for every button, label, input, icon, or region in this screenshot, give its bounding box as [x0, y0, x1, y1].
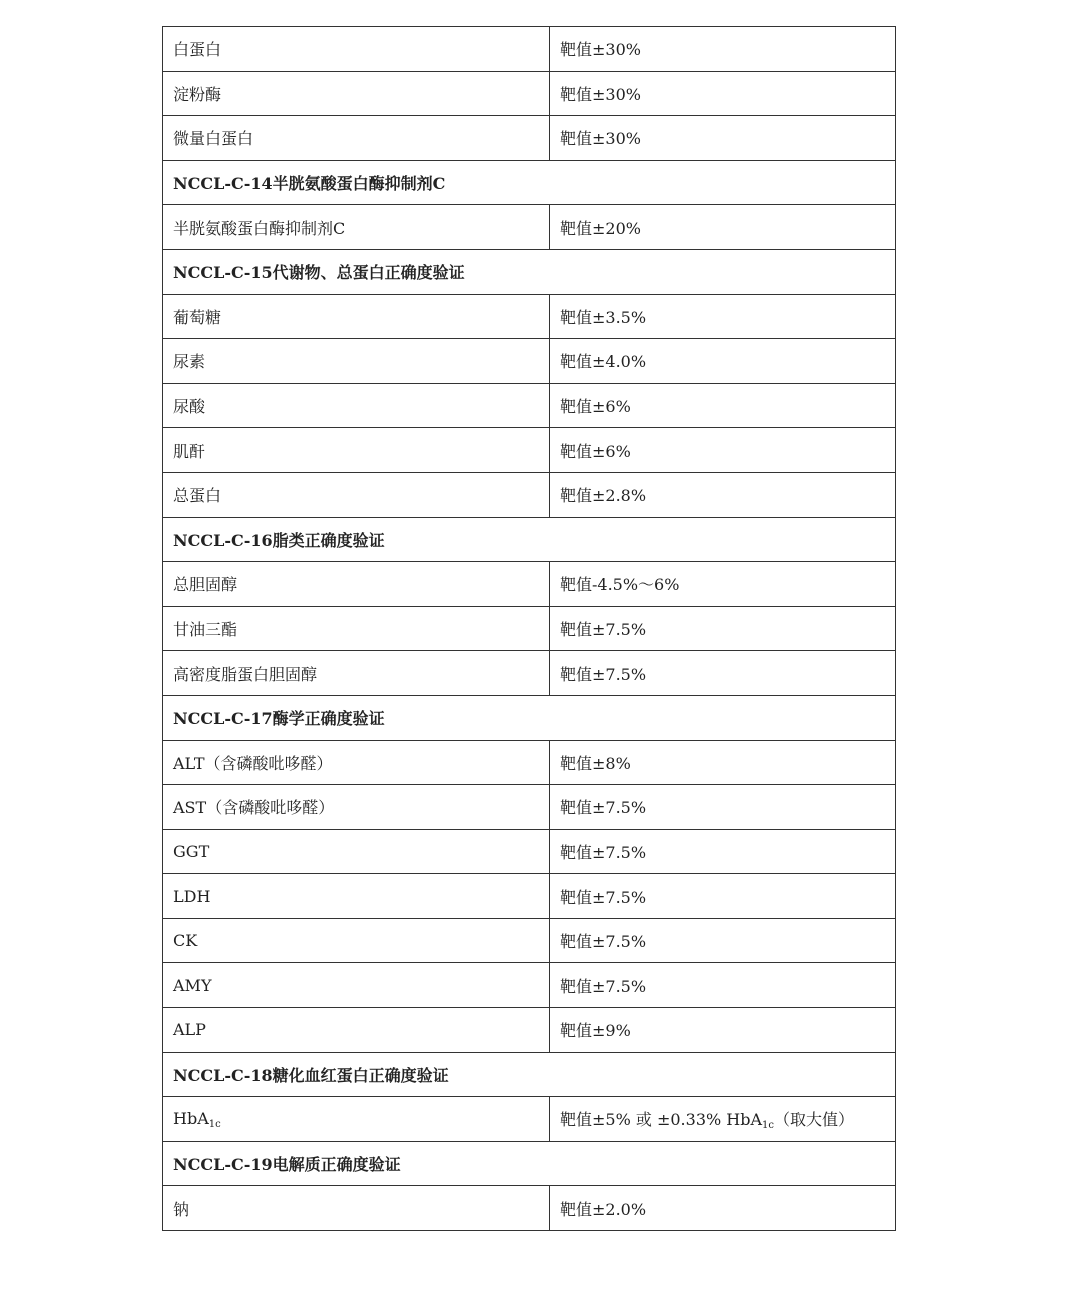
acceptance-criterion: 靶值±7.5%	[550, 963, 896, 1008]
acceptance-criterion: 靶值±6%	[550, 428, 896, 473]
section-row: NCCL-C-16脂类正确度验证	[163, 517, 896, 562]
section-title: NCCL-C-19电解质正确度验证	[163, 1141, 896, 1186]
table-row: 尿酸靶值±6%	[163, 383, 896, 428]
section-title: NCCL-C-16脂类正确度验证	[163, 517, 896, 562]
table-row: 总胆固醇靶值-4.5%～6%	[163, 562, 896, 607]
table-row: ALT（含磷酸吡哆醛）靶值±8%	[163, 740, 896, 785]
acceptance-criterion: 靶值±7.5%	[550, 874, 896, 919]
table-row: 葡萄糖靶值±3.5%	[163, 294, 896, 339]
analyte-name: 葡萄糖	[163, 294, 550, 339]
acceptance-criterion: 靶值±8%	[550, 740, 896, 785]
criteria-table: 白蛋白靶值±30%淀粉酶靶值±30%微量白蛋白靶值±30%NCCL-C-14半胱…	[162, 26, 896, 1231]
section-title: NCCL-C-18糖化血红蛋白正确度验证	[163, 1052, 896, 1097]
table-row: CK靶值±7.5%	[163, 918, 896, 963]
section-row: NCCL-C-19电解质正确度验证	[163, 1141, 896, 1186]
analyte-name: AMY	[163, 963, 550, 1008]
analyte-name: 尿酸	[163, 383, 550, 428]
acceptance-criterion: 靶值±30%	[550, 27, 896, 72]
section-title: NCCL-C-17酶学正确度验证	[163, 695, 896, 740]
table-row: 尿素靶值±4.0%	[163, 339, 896, 384]
section-title: NCCL-C-15代谢物、总蛋白正确度验证	[163, 249, 896, 294]
analyte-name: 淀粉酶	[163, 71, 550, 116]
analyte-name: ALT（含磷酸吡哆醛）	[163, 740, 550, 785]
table-row: 微量白蛋白靶值±30%	[163, 116, 896, 161]
acceptance-criterion: 靶值-4.5%～6%	[550, 562, 896, 607]
section-row: NCCL-C-18糖化血红蛋白正确度验证	[163, 1052, 896, 1097]
section-row: NCCL-C-15代谢物、总蛋白正确度验证	[163, 249, 896, 294]
acceptance-criterion: 靶值±9%	[550, 1008, 896, 1053]
analyte-name: 甘油三酯	[163, 606, 550, 651]
analyte-name: 钠	[163, 1186, 550, 1231]
analyte-name: 总蛋白	[163, 472, 550, 517]
analyte-name: 尿素	[163, 339, 550, 384]
analyte-name: 肌酐	[163, 428, 550, 473]
acceptance-criterion: 靶值±30%	[550, 71, 896, 116]
table-row: LDH靶值±7.5%	[163, 874, 896, 919]
table-row: 总蛋白靶值±2.8%	[163, 472, 896, 517]
table-row: 半胱氨酸蛋白酶抑制剂C靶值±20%	[163, 205, 896, 250]
section-row: NCCL-C-14半胱氨酸蛋白酶抑制剂C	[163, 160, 896, 205]
acceptance-criterion: 靶值±5% 或 ±0.33% HbA1c（取大值）	[550, 1097, 896, 1142]
table-row: 钠靶值±2.0%	[163, 1186, 896, 1231]
analyte-name: AST（含磷酸吡哆醛）	[163, 785, 550, 830]
analyte-name: CK	[163, 918, 550, 963]
acceptance-criterion: 靶值±7.5%	[550, 785, 896, 830]
table-row: 白蛋白靶值±30%	[163, 27, 896, 72]
acceptance-criterion: 靶值±2.8%	[550, 472, 896, 517]
analyte-name: LDH	[163, 874, 550, 919]
section-row: NCCL-C-17酶学正确度验证	[163, 695, 896, 740]
table-row: AST（含磷酸吡哆醛）靶值±7.5%	[163, 785, 896, 830]
acceptance-criterion: 靶值±20%	[550, 205, 896, 250]
acceptance-criterion: 靶值±3.5%	[550, 294, 896, 339]
analyte-name: HbA1c	[163, 1097, 550, 1142]
table-row: GGT靶值±7.5%	[163, 829, 896, 874]
analyte-name: ALP	[163, 1008, 550, 1053]
acceptance-criterion: 靶值±7.5%	[550, 606, 896, 651]
analyte-name: 白蛋白	[163, 27, 550, 72]
table-row: 高密度脂蛋白胆固醇靶值±7.5%	[163, 651, 896, 696]
acceptance-criterion: 靶值±7.5%	[550, 918, 896, 963]
analyte-name: 微量白蛋白	[163, 116, 550, 161]
acceptance-criterion: 靶值±6%	[550, 383, 896, 428]
acceptance-criterion: 靶值±4.0%	[550, 339, 896, 384]
acceptance-criterion: 靶值±7.5%	[550, 651, 896, 696]
acceptance-criterion: 靶值±7.5%	[550, 829, 896, 874]
table-row: 肌酐靶值±6%	[163, 428, 896, 473]
analyte-name: 高密度脂蛋白胆固醇	[163, 651, 550, 696]
analyte-name: 半胱氨酸蛋白酶抑制剂C	[163, 205, 550, 250]
analyte-name: GGT	[163, 829, 550, 874]
section-title: NCCL-C-14半胱氨酸蛋白酶抑制剂C	[163, 160, 896, 205]
acceptance-criterion: 靶值±2.0%	[550, 1186, 896, 1231]
analyte-name: 总胆固醇	[163, 562, 550, 607]
table-row: 甘油三酯靶值±7.5%	[163, 606, 896, 651]
table-row: HbA1c靶值±5% 或 ±0.33% HbA1c（取大值）	[163, 1097, 896, 1142]
table-row: AMY靶值±7.5%	[163, 963, 896, 1008]
table-row: 淀粉酶靶值±30%	[163, 71, 896, 116]
acceptance-criterion: 靶值±30%	[550, 116, 896, 161]
table-row: ALP靶值±9%	[163, 1008, 896, 1053]
